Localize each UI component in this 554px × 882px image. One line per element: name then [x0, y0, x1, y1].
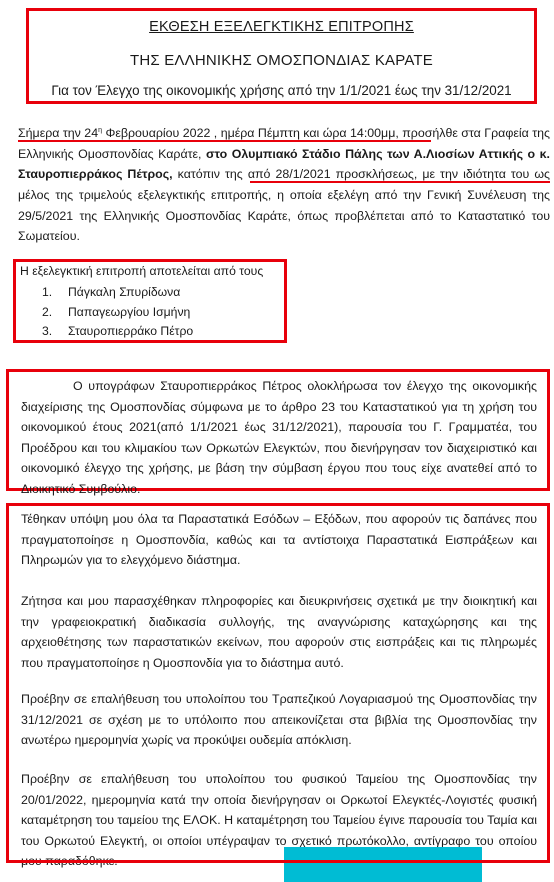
finding-paragraph: Ζήτησα και μου παρασχέθηκαν πληροφορίες … — [21, 591, 537, 673]
red-underline — [18, 140, 431, 142]
committee-member-list: 1.Πάγκαλη Σπυρίδωνα 2.Παπαγεωργίου Ισμήν… — [42, 283, 193, 342]
list-number: 3. — [42, 322, 68, 342]
findings-box: Τέθηκαν υπόψη μου όλα τα Παραστατικά Εσό… — [6, 503, 550, 863]
list-item: 1.Πάγκαλη Σπυρίδωνα — [42, 283, 193, 303]
audit-box: Ο υπογράφων Σταυροπιερράκος Πέτρος ολοκλ… — [6, 369, 550, 491]
list-item: 2.Παπαγεωργίου Ισμήνη — [42, 303, 193, 323]
list-number: 2. — [42, 303, 68, 323]
intro-text: Σήμερα την 24 — [18, 126, 98, 140]
highlight-border-overlay — [6, 860, 550, 863]
fiscal-period: Για τον Έλεγχο της οικονομικής χρήσης απ… — [29, 83, 534, 98]
committee-intro: Η εξελεγκτική επιτροπή αποτελείται από τ… — [20, 264, 263, 278]
finding-paragraph: Τέθηκαν υπόψη μου όλα τα Παραστατικά Εσό… — [21, 509, 537, 571]
report-title: ΕΚΘΕΣΗ ΕΞΕΛΕΓΚΤΙΚΗΣ ΕΠΙΤΡΟΠΗΣ — [29, 19, 534, 35]
member-name: Παπαγεωργίου Ισμήνη — [68, 305, 190, 319]
audit-paragraph: Ο υπογράφων Σταυροπιερράκος Πέτρος ολοκλ… — [21, 376, 537, 500]
federation-name: ΤΗΣ ΕΛΛΗΝΙΚΗΣ ΟΜΟΣΠΟΝΔΙΑΣ ΚΑΡΑΤΕ — [29, 52, 534, 69]
list-item: 3.Σταυροπιερράκο Πέτρο — [42, 322, 193, 342]
committee-box: Η εξελεγκτική επιτροπή αποτελείται από τ… — [13, 259, 287, 343]
red-underline — [250, 181, 550, 183]
redaction-block — [284, 847, 482, 882]
member-name: Πάγκαλη Σπυρίδωνα — [68, 285, 180, 299]
finding-paragraph: Προέβην σε επαλήθευση του υπολοίπου του … — [21, 689, 537, 751]
list-number: 1. — [42, 283, 68, 303]
report-title-box: ΕΚΘΕΣΗ ΕΞΕΛΕΓΚΤΙΚΗΣ ΕΠΙΤΡΟΠΗΣ ΤΗΣ ΕΛΛΗΝΙ… — [26, 8, 537, 104]
member-name: Σταυροπιερράκο Πέτρο — [68, 324, 193, 338]
